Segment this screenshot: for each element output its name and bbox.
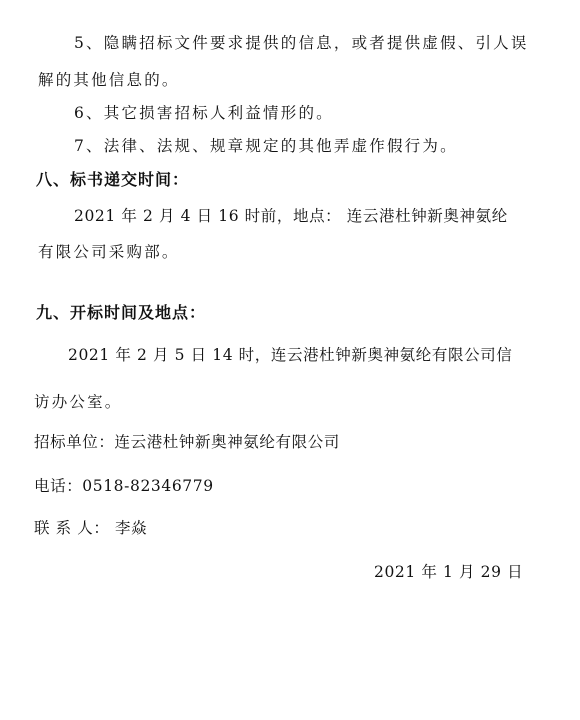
clause-6: 6、其它损害招标人利益情形的。 bbox=[74, 103, 334, 123]
contact-person-line: 联 系 人： 李焱 bbox=[34, 518, 147, 538]
issuer-line: 招标单位：连云港杜钟新奥神氨纶有限公司 bbox=[34, 432, 340, 452]
clause-7: 7、法律、法规、规章规定的其他弄虚作假行为。 bbox=[74, 136, 458, 156]
section-8-body-line-1: 2021 年 2 月 4 日 16 时前，地点： 连云港杜钟新奥神氨纶 bbox=[74, 206, 508, 226]
section-9-body-line-1: 2021 年 2 月 5 日 14 时，连云港杜钟新奥神氨纶有限公司信 bbox=[68, 345, 512, 365]
phone-line: 电话：0518-82346779 bbox=[34, 476, 214, 496]
clause-5-line-1: 5、隐瞒招标文件要求提供的信息，或者提供虚假、引人误 bbox=[74, 33, 529, 53]
section-9-heading: 九、开标时间及地点： bbox=[36, 303, 206, 323]
section-8-heading: 八、标书递交时间： bbox=[36, 170, 189, 190]
section-8-body-line-2: 有限公司采购部。 bbox=[38, 242, 180, 262]
clause-5-line-2: 解的其他信息的。 bbox=[38, 70, 180, 90]
document-date: 2021 年 1 月 29 日 bbox=[374, 562, 523, 582]
section-9-body-line-2: 访办公室。 bbox=[34, 392, 123, 412]
